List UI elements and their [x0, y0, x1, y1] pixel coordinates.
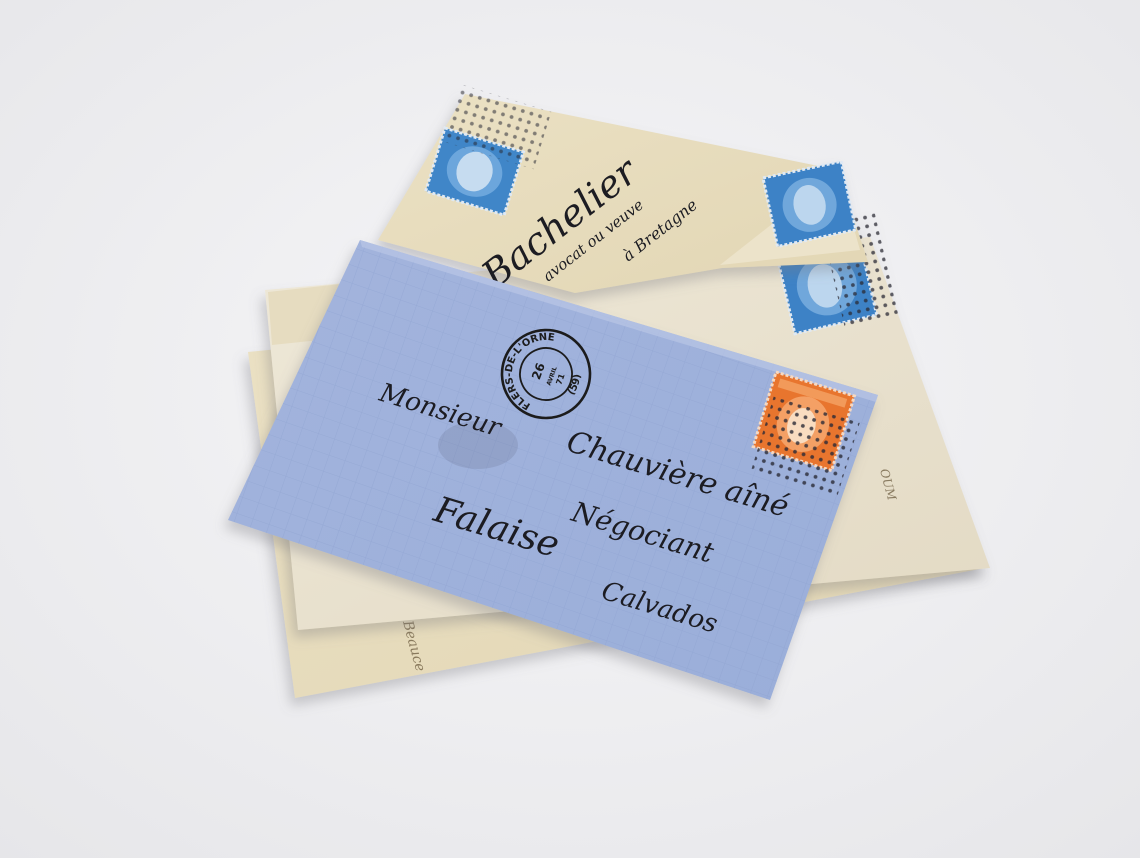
envelope-stack-photo: Illiers Beauce OUM Bachelier avocat ou — [0, 0, 1140, 858]
